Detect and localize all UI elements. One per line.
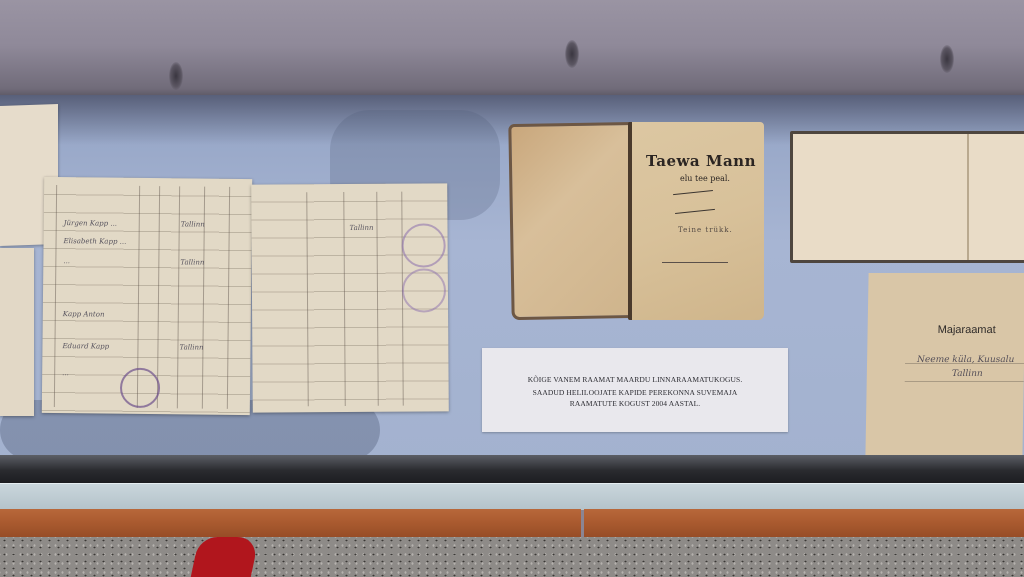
exhibit-label-line2: SAADUD HELILOOJATE KAPIDE PEREKONNA SUVE… xyxy=(482,387,788,398)
glass-front-edge xyxy=(0,455,1024,483)
screw-icon xyxy=(169,62,183,90)
ledger-entry: ... xyxy=(62,369,69,377)
ledger-entry: Kapp Anton xyxy=(63,310,105,318)
book-title: Taewa Mann xyxy=(646,152,756,170)
book-subtitle: elu tee peal. xyxy=(680,174,730,183)
book-edition: Teine trükk. xyxy=(678,226,733,234)
official-stamp xyxy=(402,268,446,312)
folded-document-bottom xyxy=(0,248,34,416)
screw-icon xyxy=(940,45,954,73)
wood-trim-right xyxy=(584,509,1024,537)
wood-trim-left xyxy=(0,509,581,537)
ledger-entry: Jürgen Kapp ... xyxy=(64,219,117,228)
rule-line xyxy=(905,381,1024,382)
official-stamp xyxy=(120,368,160,408)
house-register-handwriting: Tallinn xyxy=(952,369,983,379)
rule-line xyxy=(905,363,1024,364)
exhibit-label-card: KÕIGE VANEM RAAMAT MAARDU LINNARAAMATUKO… xyxy=(482,348,788,432)
case-frame xyxy=(0,483,1024,510)
carpet-floor xyxy=(0,537,1024,577)
ledger-entry: Eduard Kapp xyxy=(62,342,109,350)
ledger-entry: Elisabeth Kapp ... xyxy=(64,237,127,246)
ornament-icon xyxy=(673,190,715,214)
ledger-city: Tallinn xyxy=(181,220,205,228)
ledger-entry: ... xyxy=(63,257,70,265)
house-register-title: Majaraamat xyxy=(938,324,996,336)
ledger-city: Tallinn xyxy=(349,224,373,232)
ledger-right-page: Tallinn xyxy=(251,183,449,412)
exhibit-label-line1: KÕIGE VANEM RAAMAT MAARDU LINNARAAMATUKO… xyxy=(482,374,788,385)
official-stamp xyxy=(401,223,445,267)
exhibit-label-line3: RAAMATUTE KOGUST 2004 AASTAL. xyxy=(482,398,788,409)
red-chair xyxy=(191,537,260,577)
open-album xyxy=(790,131,1024,263)
screw-icon xyxy=(565,40,579,68)
house-register-cover: Majaraamat Neeme küla, Kuusalu Tallinn xyxy=(865,273,1024,458)
ledger-city: Tallinn xyxy=(180,258,204,266)
book-title-page: Taewa Mann elu tee peal. Teine trükk. xyxy=(628,122,764,320)
divider xyxy=(662,262,728,263)
ledger-left-page: Jürgen Kapp ... Elisabeth Kapp ... ... K… xyxy=(42,177,252,415)
ledger-city: Tallinn xyxy=(179,343,203,351)
album-spine xyxy=(967,134,969,260)
book-back-cover xyxy=(508,122,637,320)
